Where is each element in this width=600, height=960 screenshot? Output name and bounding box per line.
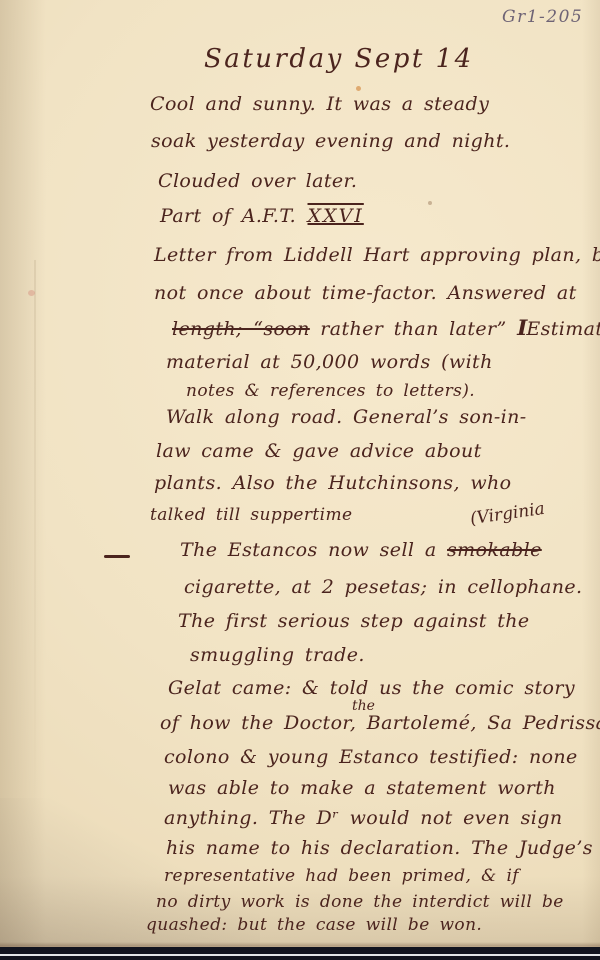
struck-word-smokable: smokable	[447, 539, 542, 561]
scan-strip	[0, 947, 600, 960]
insertion-virginia: (Virginia	[469, 501, 546, 528]
section-number-xxvi: XXVI	[307, 203, 365, 229]
manuscript-line: The Estancos now sell a smokable	[180, 541, 542, 560]
paper-stain	[28, 290, 35, 296]
manuscript-line: talked till suppertime	[150, 507, 352, 524]
manuscript-page: Gr1-205 Saturday Sept 14 Cool and sunny.…	[0, 0, 600, 960]
manuscript-line: was able to make a statement worth	[168, 779, 556, 798]
line-fragment: of how the Doctor, Bartolemé,	[160, 712, 487, 734]
insertion-the: the	[352, 699, 375, 713]
manuscript-line: soak yesterday evening and night.	[151, 132, 510, 151]
scan-strip-highlight	[0, 954, 600, 956]
line-fragment: rather than later”	[310, 318, 517, 340]
manuscript-line: plants. Also the Hutchinsons, who	[154, 474, 511, 493]
manuscript-line: Part of A.F.T. XXVI	[160, 207, 365, 226]
manuscript-line: material at 50,000 words (with	[166, 353, 493, 372]
manuscript-line: Gelat came: & told us the comic story	[168, 679, 575, 698]
manuscript-line: not once about time-factor. Answered at	[154, 284, 577, 303]
manuscript-line: Walk along road. General’s son-in-	[166, 408, 527, 427]
manuscript-line: quashed: but the case will be won.	[146, 917, 482, 934]
line-fragment: Estimated	[526, 318, 600, 340]
manuscript-line: Letter from Liddell Hart approving plan,…	[154, 246, 600, 265]
manuscript-line: The first serious step against the	[178, 612, 530, 631]
manuscript-line: Cool and sunny. It was a steady	[150, 95, 489, 114]
manuscript-line: law came & gave advice about	[156, 442, 482, 461]
paper-stain	[356, 86, 361, 91]
manuscript-line: Clouded over later.	[158, 172, 357, 191]
manuscript-line: colono & young Estanco testified: none	[164, 748, 578, 767]
struck-phrase-soon: length; “soon	[172, 318, 310, 340]
line-fragment: The Estancos now sell a	[180, 539, 447, 561]
archive-mark: Gr1-205	[502, 9, 583, 26]
manuscript-line: smuggling trade.	[190, 646, 365, 665]
manuscript-line: representative had been primed, & if	[164, 868, 519, 885]
emphasised-capital-i: I	[517, 315, 526, 341]
manuscript-line: length; “soon rather than later” IEstima…	[172, 318, 600, 340]
manuscript-line: no dirty work is done the interdict will…	[156, 894, 564, 911]
part-label: Part of A.F.T.	[160, 205, 307, 227]
entry-date-heading: Saturday Sept 14	[204, 46, 474, 72]
page-right-shadow	[582, 0, 600, 960]
manuscript-line: notes & references to letters).	[186, 383, 475, 400]
margin-dash	[104, 555, 130, 558]
manuscript-line: of how the Doctor, Bartolemé, Sa Pedriss…	[160, 714, 600, 733]
manuscript-line: anything. The Dʳ would not even sign	[164, 809, 562, 828]
paper-stain	[428, 201, 432, 205]
line-fragment: Sa Pedrissa	[487, 712, 600, 734]
paper-crease	[34, 260, 36, 820]
manuscript-line: his name to his declaration. The Judge’s	[166, 839, 593, 858]
manuscript-line: cigarette, at 2 pesetas; in cellophane.	[184, 578, 583, 597]
